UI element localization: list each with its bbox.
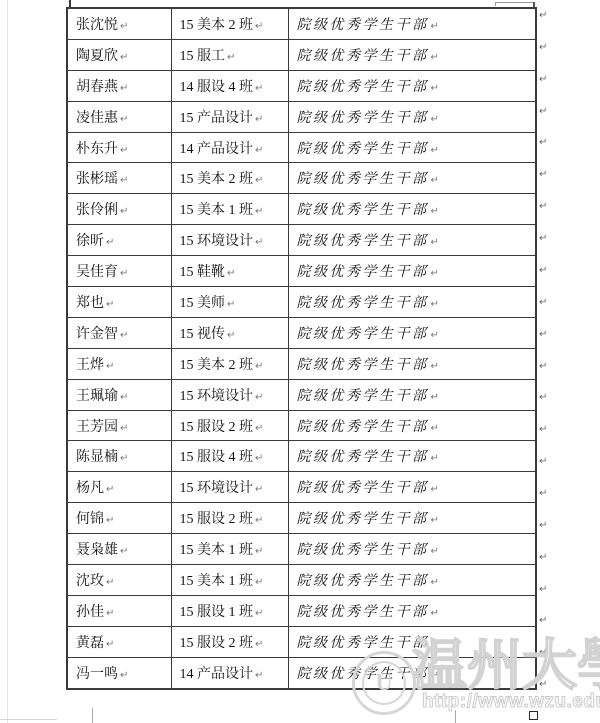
cell-text: 15 环境设计 (180, 234, 254, 249)
cell-class[interactable]: 15 服设 2 班↵ (171, 626, 288, 657)
cell-name[interactable]: 陈显楠↵ (67, 441, 171, 472)
cell-end-mark-icon: ↵ (106, 608, 114, 619)
table-row: 王珮瑜↵15 环境设计↵院级优秀学生干部↵ (67, 379, 536, 410)
cell-end-mark-icon: ↵ (255, 639, 263, 650)
table-resize-handle-icon[interactable] (529, 711, 538, 720)
cell-text: 15 服设 2 班 (180, 420, 254, 435)
cell-name[interactable]: 陶夏欣↵ (67, 39, 171, 70)
cell-name[interactable]: 张沈悦↵ (67, 8, 171, 39)
cell-end-mark-icon: ↵ (431, 145, 439, 156)
cell-text: 张伶俐 (76, 203, 118, 218)
previous-row-border-remnant (495, 2, 496, 6)
cell-award[interactable]: 院级优秀学生干部↵ (288, 39, 536, 70)
cell-end-mark-icon: ↵ (106, 299, 114, 310)
cell-end-mark-icon: ↵ (120, 330, 128, 341)
cell-award[interactable]: 院级优秀学生干部↵ (288, 287, 536, 318)
cell-text: 凌佳惠 (76, 111, 118, 126)
cell-end-mark-icon: ↵ (431, 114, 439, 125)
cell-text: 15 服设 2 班 (180, 512, 254, 527)
cell-class[interactable]: 15 视传↵ (171, 317, 288, 348)
table-row: 孙佳↵15 服设 1 班↵院级优秀学生干部↵ (67, 595, 536, 626)
cell-text: 孙佳 (76, 605, 104, 620)
cell-end-mark-icon: ↵ (255, 453, 263, 464)
table-row: 张沈悦↵15 美本 2 班↵院级优秀学生干部↵ (67, 8, 536, 39)
cell-name[interactable]: 孙佳↵ (67, 595, 171, 626)
cell-text: 郑也 (76, 296, 104, 311)
cell-text: 吴佳育 (76, 265, 118, 280)
cell-award[interactable]: 院级优秀学生干部↵ (288, 595, 536, 626)
cell-class[interactable]: 15 美本 1 班↵ (171, 565, 288, 596)
table-row: 张伶俐↵15 美本 1 班↵院级优秀学生干部↵ (67, 194, 536, 225)
cell-name[interactable]: 张伶俐↵ (67, 194, 171, 225)
row-end-mark-icon: ↵ (539, 647, 547, 658)
cell-end-mark-icon: ↵ (255, 484, 263, 495)
award-table-body: 张沈悦↵15 美本 2 班↵院级优秀学生干部↵陶夏欣↵15 服工↵院级优秀学生干… (67, 8, 536, 689)
row-end-mark-icon: ↵ (539, 520, 547, 531)
cell-text: 14 服设 4 班 (180, 80, 254, 95)
document-page: 张沈悦↵15 美本 2 班↵院级优秀学生干部↵陶夏欣↵15 服工↵院级优秀学生干… (0, 0, 600, 723)
row-end-mark-icon: ↵ (539, 233, 547, 244)
cell-name[interactable]: 许金智↵ (67, 317, 171, 348)
cell-text: 冯一鸣 (76, 667, 118, 682)
previous-row-border-remnant (69, 0, 71, 7)
cell-end-mark-icon: ↵ (431, 515, 439, 526)
cell-text: 院级优秀学生干部 (297, 203, 429, 218)
cell-end-mark-icon: ↵ (431, 639, 439, 650)
cell-text: 院级优秀学生干部 (297, 327, 429, 342)
table-row: 郑也↵15 美师↵院级优秀学生干部↵ (67, 287, 536, 318)
cell-end-mark-icon: ↵ (431, 21, 439, 32)
text-boundary-line (455, 710, 456, 723)
previous-row-border-remnant (495, 2, 535, 3)
cell-name[interactable]: 沈玫↵ (67, 565, 171, 596)
row-end-mark-icon: ↵ (539, 201, 547, 212)
cell-text: 15 环境设计 (180, 389, 254, 404)
cell-end-mark-icon: ↵ (431, 670, 439, 681)
cell-end-mark-icon: ↵ (431, 608, 439, 619)
cell-award[interactable]: 院级优秀学生干部↵ (288, 472, 536, 503)
cell-end-mark-icon: ↵ (255, 392, 263, 403)
cell-class[interactable]: 15 服设 2 班↵ (171, 410, 288, 441)
cell-text: 院级优秀学生干部 (297, 389, 429, 404)
table-row: 许金智↵15 视传↵院级优秀学生干部↵ (67, 317, 536, 348)
row-end-mark-icon: ↵ (539, 10, 547, 21)
cell-class[interactable]: 15 环境设计↵ (171, 225, 288, 256)
cell-text: 朴东升 (76, 142, 118, 157)
table-row: 胡春燕↵14 服设 4 班↵院级优秀学生干部↵ (67, 70, 536, 101)
cell-text: 15 美本 2 班 (180, 172, 254, 187)
cell-text: 院级优秀学生干部 (297, 265, 429, 280)
cell-text: 院级优秀学生干部 (297, 111, 429, 126)
cell-award[interactable]: 院级优秀学生干部↵ (288, 534, 536, 565)
cell-end-mark-icon: ↵ (431, 577, 439, 588)
cell-end-mark-icon: ↵ (431, 330, 439, 341)
cell-end-mark-icon: ↵ (120, 546, 128, 557)
cell-text: 院级优秀学生干部 (297, 636, 429, 651)
cell-end-mark-icon: ↵ (255, 608, 263, 619)
cell-text: 院级优秀学生干部 (297, 574, 429, 589)
cell-text: 聂枭雄 (76, 543, 118, 558)
award-table: 张沈悦↵15 美本 2 班↵院级优秀学生干部↵陶夏欣↵15 服工↵院级优秀学生干… (66, 7, 537, 690)
row-end-mark-icon: ↵ (539, 456, 547, 467)
table-row: 王烨↵15 美本 2 班↵院级优秀学生干部↵ (67, 348, 536, 379)
cell-text: 王珮瑜 (76, 389, 118, 404)
cell-text: 院级优秀学生干部 (297, 234, 429, 249)
cell-end-mark-icon: ↵ (255, 515, 263, 526)
cell-text: 15 服工 (180, 49, 226, 64)
table-row: 沈玫↵15 美本 1 班↵院级优秀学生干部↵ (67, 565, 536, 596)
table-row: 聂枭雄↵15 美本 1 班↵院级优秀学生干部↵ (67, 534, 536, 565)
row-end-mark-icon: ↵ (539, 615, 547, 626)
cell-class[interactable]: 15 美本 1 班↵ (171, 534, 288, 565)
cell-text: 徐昕 (76, 234, 104, 249)
cell-end-mark-icon: ↵ (431, 453, 439, 464)
cell-class[interactable]: 15 产品设计↵ (171, 101, 288, 132)
table-row: 朴东升↵14 产品设计↵院级优秀学生干部↵ (67, 132, 536, 163)
cell-end-mark-icon: ↵ (120, 268, 128, 279)
cell-text: 15 美本 1 班 (180, 203, 254, 218)
cell-text: 陈显楠 (76, 450, 118, 465)
cell-class[interactable]: 15 服设 1 班↵ (171, 595, 288, 626)
cell-award[interactable]: 院级优秀学生干部↵ (288, 503, 536, 534)
cell-text: 院级优秀学生干部 (297, 667, 429, 682)
cell-text: 14 产品设计 (180, 667, 254, 682)
cell-end-mark-icon: ↵ (106, 237, 114, 248)
cell-award[interactable]: 院级优秀学生干部↵ (288, 256, 536, 287)
cell-end-mark-icon: ↵ (120, 392, 128, 403)
cell-name[interactable]: 吴佳育↵ (67, 256, 171, 287)
row-end-mark-icon: ↵ (539, 329, 547, 340)
cell-text: 院级优秀学生干部 (297, 420, 429, 435)
cell-end-mark-icon: ↵ (431, 206, 439, 217)
cell-award[interactable]: 院级优秀学生干部↵ (288, 225, 536, 256)
cell-text: 院级优秀学生干部 (297, 142, 429, 157)
cell-text: 院级优秀学生干部 (297, 80, 429, 95)
cell-text: 院级优秀学生干部 (297, 18, 429, 33)
cell-end-mark-icon: ↵ (120, 206, 128, 217)
cell-text: 王芳园 (76, 420, 118, 435)
cell-award[interactable]: 院级优秀学生干部↵ (288, 657, 536, 688)
cell-class[interactable]: 14 产品设计↵ (171, 657, 288, 688)
cell-text: 院级优秀学生干部 (297, 358, 429, 373)
cell-class[interactable]: 15 美师↵ (171, 287, 288, 318)
watermark-url: http://www.wzu.edu.cn (422, 691, 600, 713)
row-end-mark-icon: ↵ (539, 361, 547, 372)
row-end-mark-icon: ↵ (539, 392, 547, 403)
cell-class[interactable]: 15 服设 2 班↵ (171, 503, 288, 534)
cell-text: 15 产品设计 (180, 111, 254, 126)
cell-end-mark-icon: ↵ (255, 114, 263, 125)
cell-name[interactable]: 凌佳惠↵ (67, 101, 171, 132)
table-row: 凌佳惠↵15 产品设计↵院级优秀学生干部↵ (67, 101, 536, 132)
cell-text: 院级优秀学生干部 (297, 296, 429, 311)
cell-award[interactable]: 院级优秀学生干部↵ (288, 132, 536, 163)
page-boundary-line (7, 0, 8, 723)
table-row: 冯一鸣↵14 产品设计↵院级优秀学生干部↵ (67, 657, 536, 688)
cell-text: 14 产品设计 (180, 142, 254, 157)
cell-end-mark-icon: ↵ (120, 670, 128, 681)
page-boundary-line (0, 719, 57, 720)
cell-end-mark-icon: ↵ (255, 175, 263, 186)
cell-award[interactable]: 院级优秀学生干部↵ (288, 348, 536, 379)
row-end-mark-icon: ↵ (539, 488, 547, 499)
cell-award[interactable]: 院级优秀学生干部↵ (288, 70, 536, 101)
cell-class[interactable]: 14 服设 4 班↵ (171, 70, 288, 101)
cell-class[interactable]: 14 产品设计↵ (171, 132, 288, 163)
row-end-mark-icon: ↵ (539, 137, 547, 148)
cell-end-mark-icon: ↵ (255, 83, 263, 94)
cell-name[interactable]: 何锦↵ (67, 503, 171, 534)
cell-text: 院级优秀学生干部 (297, 450, 429, 465)
cell-end-mark-icon: ↵ (106, 484, 114, 495)
cell-text: 院级优秀学生干部 (297, 49, 429, 64)
cell-end-mark-icon: ↵ (255, 206, 263, 217)
table-row: 何锦↵15 服设 2 班↵院级优秀学生干部↵ (67, 503, 536, 534)
cell-end-mark-icon: ↵ (227, 330, 235, 341)
cell-end-mark-icon: ↵ (255, 21, 263, 32)
row-end-mark-icon: ↵ (539, 74, 547, 85)
cell-end-mark-icon: ↵ (120, 52, 128, 63)
cell-end-mark-icon: ↵ (431, 361, 439, 372)
cell-text: 沈玫 (76, 574, 104, 589)
cell-end-mark-icon: ↵ (431, 392, 439, 403)
cell-end-mark-icon: ↵ (106, 639, 114, 650)
row-end-mark-icon: ↵ (539, 106, 547, 117)
cell-text: 何锦 (76, 512, 104, 527)
cell-award[interactable]: 院级优秀学生干部↵ (288, 441, 536, 472)
cell-text: 15 视传 (180, 327, 226, 342)
cell-name[interactable]: 徐昕↵ (67, 225, 171, 256)
cell-class[interactable]: 15 鞋靴↵ (171, 256, 288, 287)
cell-award[interactable]: 院级优秀学生干部↵ (288, 379, 536, 410)
table-row: 徐昕↵15 环境设计↵院级优秀学生干部↵ (67, 225, 536, 256)
cell-text: 陶夏欣 (76, 49, 118, 64)
cell-end-mark-icon: ↵ (255, 577, 263, 588)
cell-name[interactable]: 胡春燕↵ (67, 70, 171, 101)
cell-class[interactable]: 15 环境设计↵ (171, 472, 288, 503)
row-end-mark-icon: ↵ (539, 424, 547, 435)
cell-end-mark-icon: ↵ (255, 145, 263, 156)
cell-text: 院级优秀学生干部 (297, 512, 429, 527)
cell-end-mark-icon: ↵ (227, 299, 235, 310)
row-end-mark-icon: ↵ (539, 169, 547, 180)
text-boundary-line (92, 708, 93, 723)
cell-end-mark-icon: ↵ (120, 175, 128, 186)
cell-class[interactable]: 15 美本 2 班↵ (171, 348, 288, 379)
cell-end-mark-icon: ↵ (106, 577, 114, 588)
cell-award[interactable]: 院级优秀学生干部↵ (288, 565, 536, 596)
table-row: 王芳园↵15 服设 2 班↵院级优秀学生干部↵ (67, 410, 536, 441)
cell-award[interactable]: 院级优秀学生干部↵ (288, 194, 536, 225)
cell-text: 15 服设 2 班 (180, 636, 254, 651)
cell-end-mark-icon: ↵ (120, 423, 128, 434)
cell-name[interactable]: 王芳园↵ (67, 410, 171, 441)
cell-text: 院级优秀学生干部 (297, 172, 429, 187)
cell-text: 杨凡 (76, 481, 104, 496)
cell-end-mark-icon: ↵ (120, 83, 128, 94)
cell-award[interactable]: 院级优秀学生干部↵ (288, 8, 536, 39)
cell-end-mark-icon: ↵ (255, 237, 263, 248)
cell-text: 15 美师 (180, 296, 226, 311)
cell-award[interactable]: 院级优秀学生干部↵ (288, 410, 536, 441)
cell-end-mark-icon: ↵ (431, 52, 439, 63)
cell-text: 15 美本 2 班 (180, 18, 254, 33)
cell-end-mark-icon: ↵ (106, 361, 114, 372)
cell-text: 院级优秀学生干部 (297, 605, 429, 620)
cell-class[interactable]: 15 服工↵ (171, 39, 288, 70)
cell-name[interactable]: 郑也↵ (67, 287, 171, 318)
cell-class[interactable]: 15 美本 2 班↵ (171, 163, 288, 194)
cell-text: 院级优秀学生干部 (297, 543, 429, 558)
table-row: 吴佳育↵15 鞋靴↵院级优秀学生干部↵ (67, 256, 536, 287)
cell-end-mark-icon: ↵ (255, 670, 263, 681)
cell-text: 15 美本 1 班 (180, 574, 254, 589)
cell-text: 15 服设 4 班 (180, 450, 254, 465)
row-end-mark-icon: ↵ (539, 679, 547, 690)
cell-name[interactable]: 黄磊↵ (67, 626, 171, 657)
cell-award[interactable]: 院级优秀学生干部↵ (288, 626, 536, 657)
cell-award[interactable]: 院级优秀学生干部↵ (288, 317, 536, 348)
cell-end-mark-icon: ↵ (255, 361, 263, 372)
cell-end-mark-icon: ↵ (106, 515, 114, 526)
cell-end-mark-icon: ↵ (431, 299, 439, 310)
row-end-mark-icon: ↵ (539, 297, 547, 308)
cell-text: 张彬瑶 (76, 172, 118, 187)
cell-name[interactable]: 聂枭雄↵ (67, 534, 171, 565)
cell-end-mark-icon: ↵ (431, 175, 439, 186)
cell-end-mark-icon: ↵ (120, 145, 128, 156)
table-row: 陈显楠↵15 服设 4 班↵院级优秀学生干部↵ (67, 441, 536, 472)
cell-end-mark-icon: ↵ (431, 423, 439, 434)
cell-name[interactable]: 王烨↵ (67, 348, 171, 379)
cell-text: 15 鞋靴 (180, 265, 226, 280)
cell-end-mark-icon: ↵ (120, 21, 128, 32)
cell-text: 院级优秀学生干部 (297, 481, 429, 496)
cell-text: 张沈悦 (76, 18, 118, 33)
cell-end-mark-icon: ↵ (227, 52, 235, 63)
cell-name[interactable]: 杨凡↵ (67, 472, 171, 503)
cell-name[interactable]: 王珮瑜↵ (67, 379, 171, 410)
cell-text: 15 美本 2 班 (180, 358, 254, 373)
table-row: 杨凡↵15 环境设计↵院级优秀学生干部↵ (67, 472, 536, 503)
row-end-mark-icon: ↵ (539, 42, 547, 53)
cell-class[interactable]: 15 美本 2 班↵ (171, 8, 288, 39)
cell-award[interactable]: 院级优秀学生干部↵ (288, 101, 536, 132)
cell-text: 胡春燕 (76, 80, 118, 95)
cell-end-mark-icon: ↵ (120, 114, 128, 125)
cell-class[interactable]: 15 美本 1 班↵ (171, 194, 288, 225)
cell-end-mark-icon: ↵ (255, 546, 263, 557)
cell-name[interactable]: 冯一鸣↵ (67, 657, 171, 688)
cell-end-mark-icon: ↵ (431, 546, 439, 557)
cell-name[interactable]: 张彬瑶↵ (67, 163, 171, 194)
cell-end-mark-icon: ↵ (120, 453, 128, 464)
cell-end-mark-icon: ↵ (255, 423, 263, 434)
table-row: 陶夏欣↵15 服工↵院级优秀学生干部↵ (67, 39, 536, 70)
cell-text: 王烨 (76, 358, 104, 373)
cell-end-mark-icon: ↵ (431, 237, 439, 248)
row-end-mark-icon: ↵ (539, 584, 547, 595)
cell-text: 黄磊 (76, 636, 104, 651)
cell-text: 15 美本 1 班 (180, 543, 254, 558)
row-end-mark-icon: ↵ (539, 265, 547, 276)
table-row: 张彬瑶↵15 美本 2 班↵院级优秀学生干部↵ (67, 163, 536, 194)
cell-end-mark-icon: ↵ (431, 268, 439, 279)
cell-end-mark-icon: ↵ (431, 83, 439, 94)
cell-name[interactable]: 朴东升↵ (67, 132, 171, 163)
table-row: 黄磊↵15 服设 2 班↵院级优秀学生干部↵ (67, 626, 536, 657)
cell-end-mark-icon: ↵ (227, 268, 235, 279)
cell-text: 许金智 (76, 327, 118, 342)
cell-class[interactable]: 15 环境设计↵ (171, 379, 288, 410)
row-end-mark-icon: ↵ (539, 552, 547, 563)
cell-text: 15 环境设计 (180, 481, 254, 496)
cell-text: 15 服设 1 班 (180, 605, 254, 620)
cell-award[interactable]: 院级优秀学生干部↵ (288, 163, 536, 194)
cell-class[interactable]: 15 服设 4 班↵ (171, 441, 288, 472)
cell-end-mark-icon: ↵ (431, 484, 439, 495)
